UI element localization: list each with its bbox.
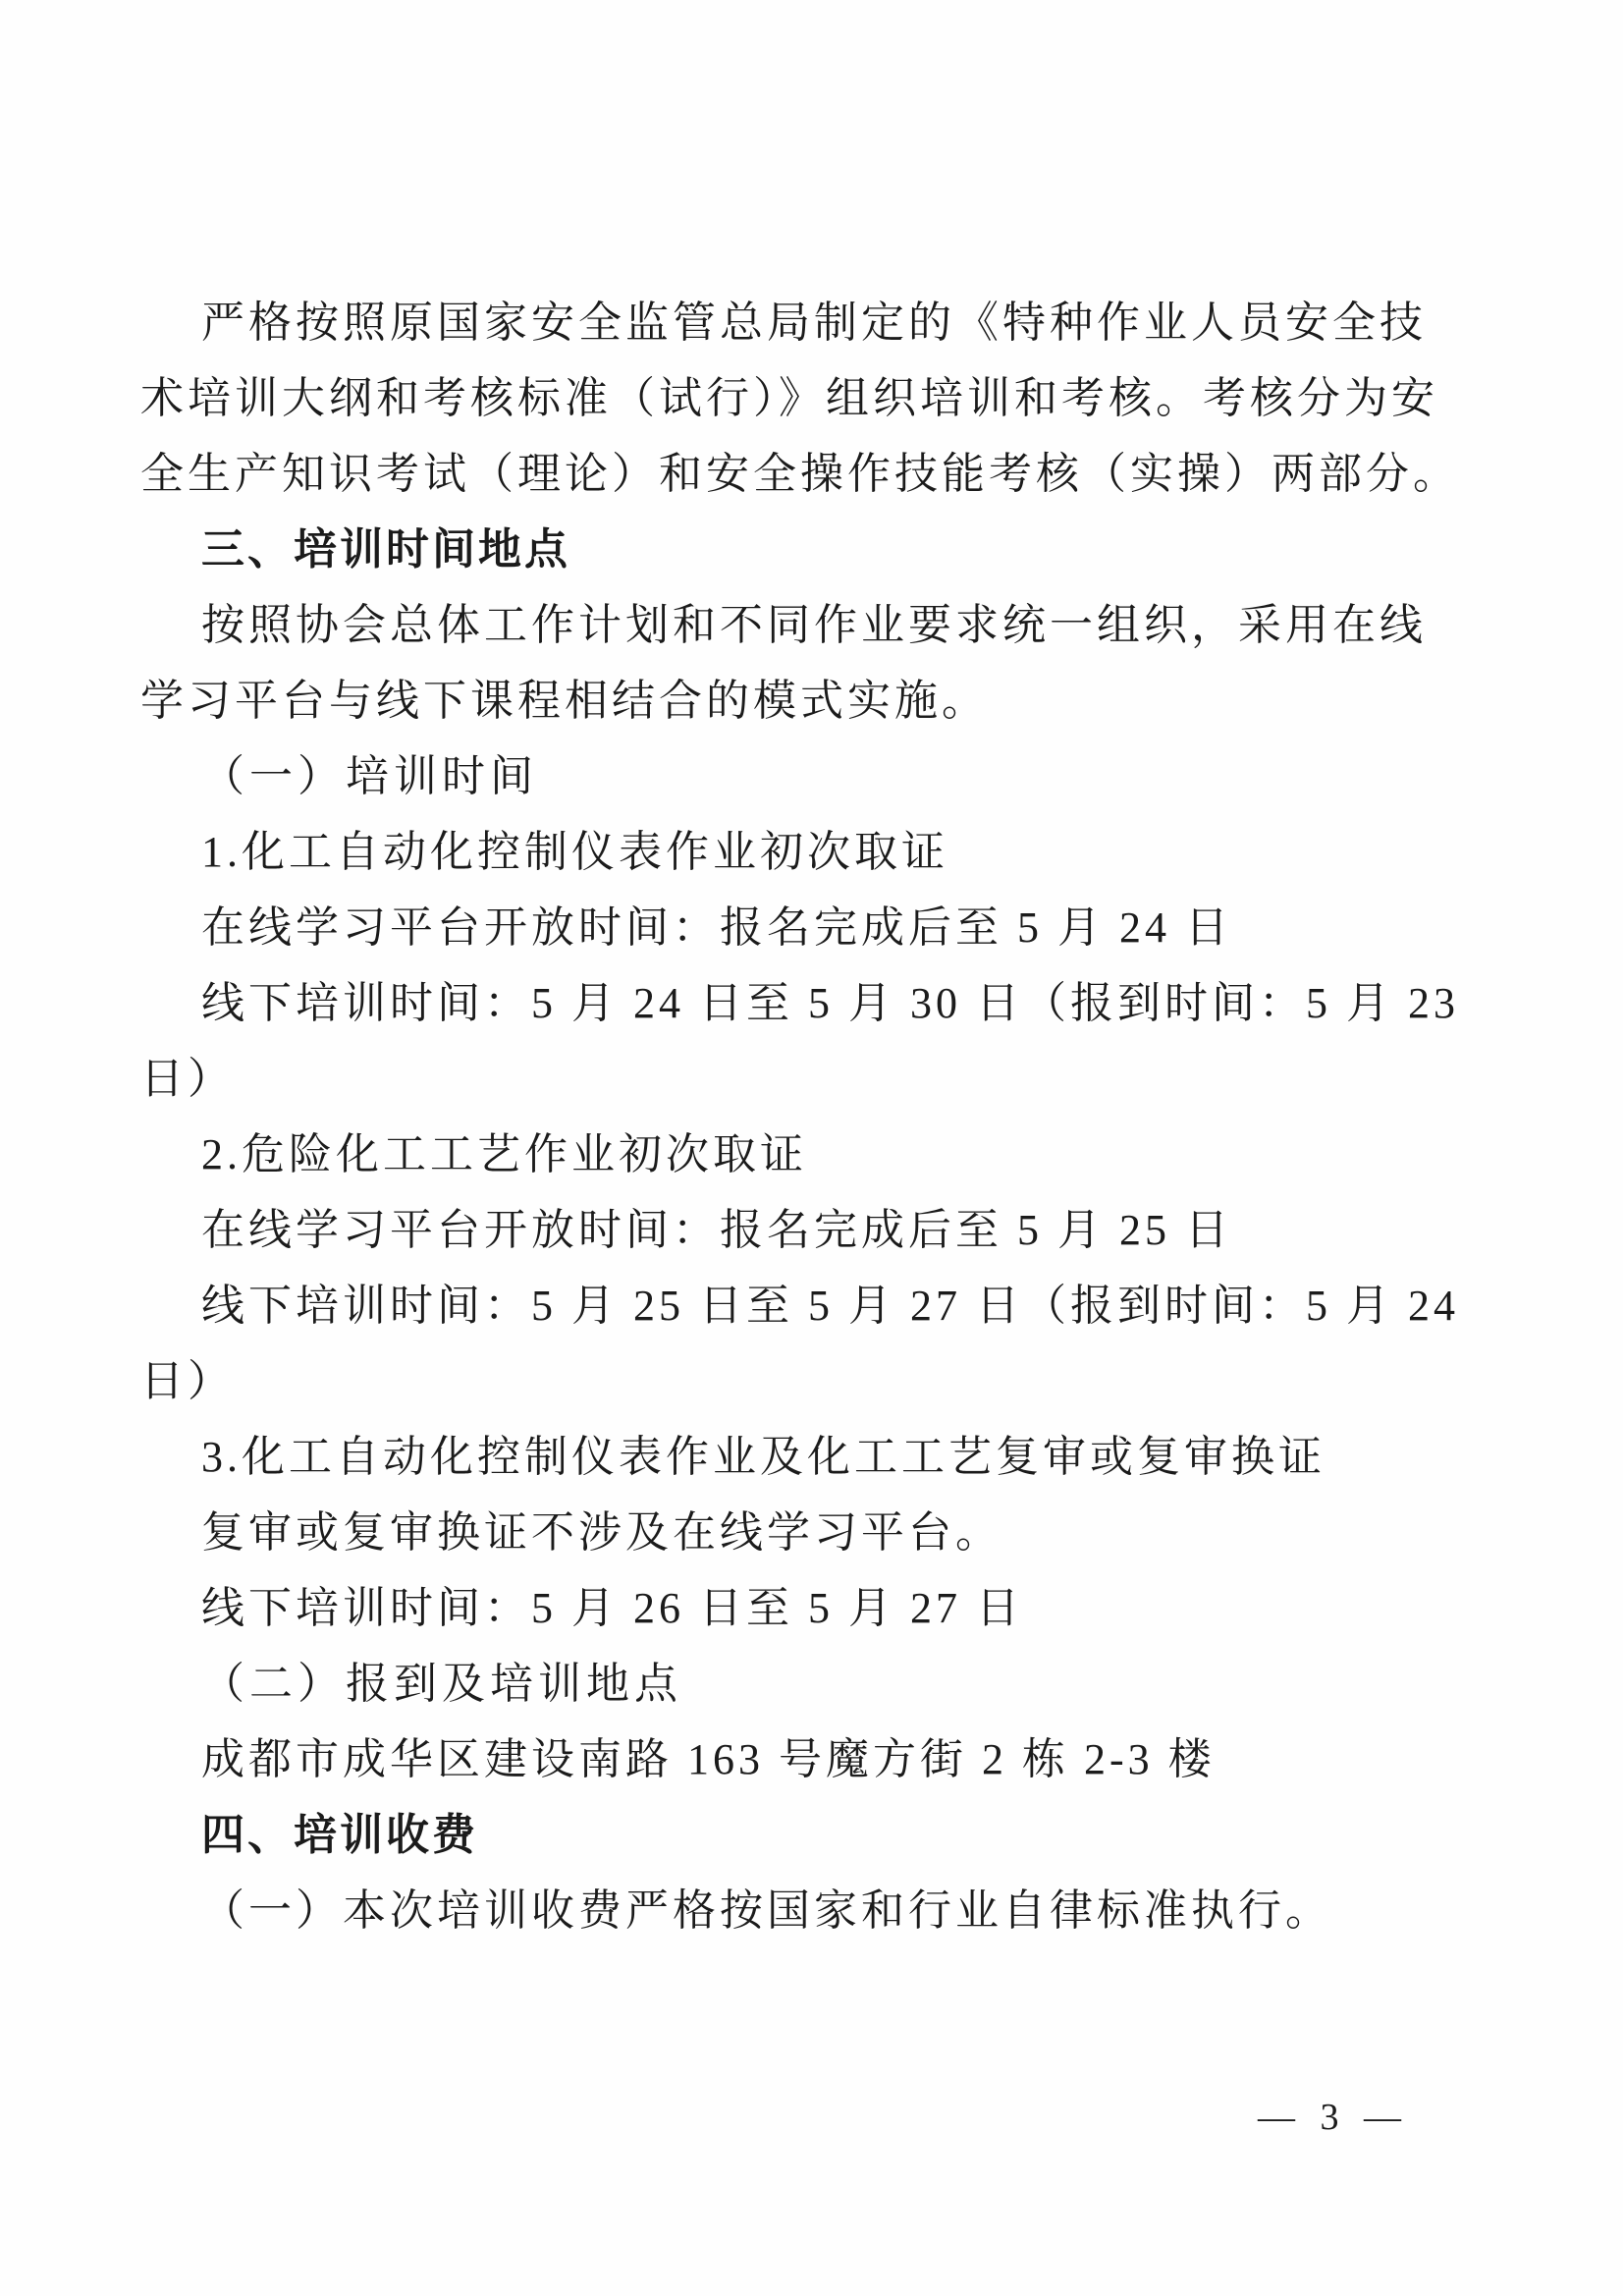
- body-line: 复审或复审换证不涉及在线学习平台。: [140, 1495, 1500, 1570]
- body-line: 线下培训时间：5 月 26 日至 5 月 27 日: [140, 1570, 1500, 1646]
- body-line: 全生产知识考试（理论）和安全操作技能考核（实操）两部分。: [140, 436, 1500, 512]
- body-line: 线下培训时间：5 月 24 日至 5 月 30 日（报到时间：5 月 23: [140, 965, 1500, 1041]
- body-line: 学习平台与线下课程相结合的模式实施。: [140, 663, 1500, 738]
- list-item-3: 3.化工自动化控制仪表作业及化工工艺复审或复审换证: [140, 1419, 1500, 1495]
- page-number: — 3 —: [1258, 2094, 1409, 2141]
- subsection-heading-registration-location: （二）报到及培训地点: [140, 1646, 1500, 1722]
- body-line: 日）: [140, 1343, 1500, 1419]
- body-line: 在线学习平台开放时间：报名完成后至 5 月 25 日: [140, 1192, 1500, 1268]
- body-line: 严格按照原国家安全监管总局制定的《特种作业人员安全技: [140, 285, 1500, 360]
- body-line: 术培训大纲和考核标准（试行）》组织培训和考核。考核分为安: [140, 360, 1500, 436]
- subsection-heading-training-time: （一）培训时间: [140, 738, 1500, 814]
- section-heading-training-time-location: 三、培训时间地点: [140, 512, 1500, 587]
- list-item-2: 2.危险化工工艺作业初次取证: [140, 1117, 1500, 1192]
- document-page: 严格按照原国家安全监管总局制定的《特种作业人员安全技 术培训大纲和考核标准（试行…: [0, 0, 1623, 2296]
- address-line: 成都市成华区建设南路 163 号魔方街 2 栋 2-3 楼: [140, 1722, 1500, 1797]
- body-line: 线下培训时间：5 月 25 日至 5 月 27 日（报到时间：5 月 24: [140, 1268, 1500, 1343]
- body-line: 日）: [140, 1041, 1500, 1117]
- document-body: 严格按照原国家安全监管总局制定的《特种作业人员安全技 术培训大纲和考核标准（试行…: [140, 285, 1500, 1948]
- body-line: 按照协会总体工作计划和不同作业要求统一组织，采用在线: [140, 587, 1500, 663]
- list-item-1: 1.化工自动化控制仪表作业初次取证: [140, 814, 1500, 890]
- body-line: （一）本次培训收费严格按国家和行业自律标准执行。: [140, 1873, 1500, 1948]
- body-line: 在线学习平台开放时间：报名完成后至 5 月 24 日: [140, 890, 1500, 965]
- section-heading-training-fees: 四、培训收费: [140, 1797, 1500, 1873]
